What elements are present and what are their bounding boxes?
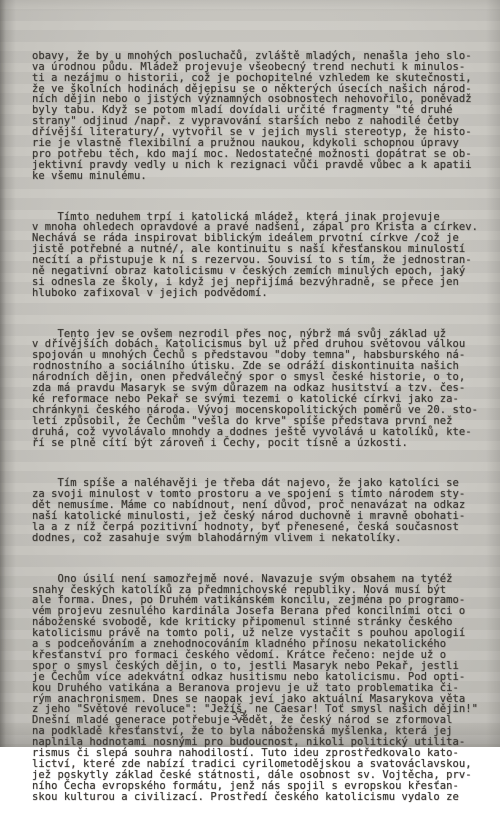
paragraph: Tím spíše a naléhavěji je třeba dát naje… (32, 478, 480, 543)
page-number: 33 (0, 710, 478, 723)
body-text: obavy, že by u mnohých posluchačů, zvláš… (32, 29, 480, 747)
paragraph: Tímto neduhem trpí i katolická mládež, k… (32, 212, 480, 299)
scanned-page: obavy, že by u mnohých posluchačů, zvláš… (0, 0, 500, 747)
paragraph: Tento jev se ovšem nezrodil přes noc, ný… (32, 329, 480, 449)
paragraph: obavy, že by u mnohých posluchačů, zvláš… (32, 51, 480, 182)
